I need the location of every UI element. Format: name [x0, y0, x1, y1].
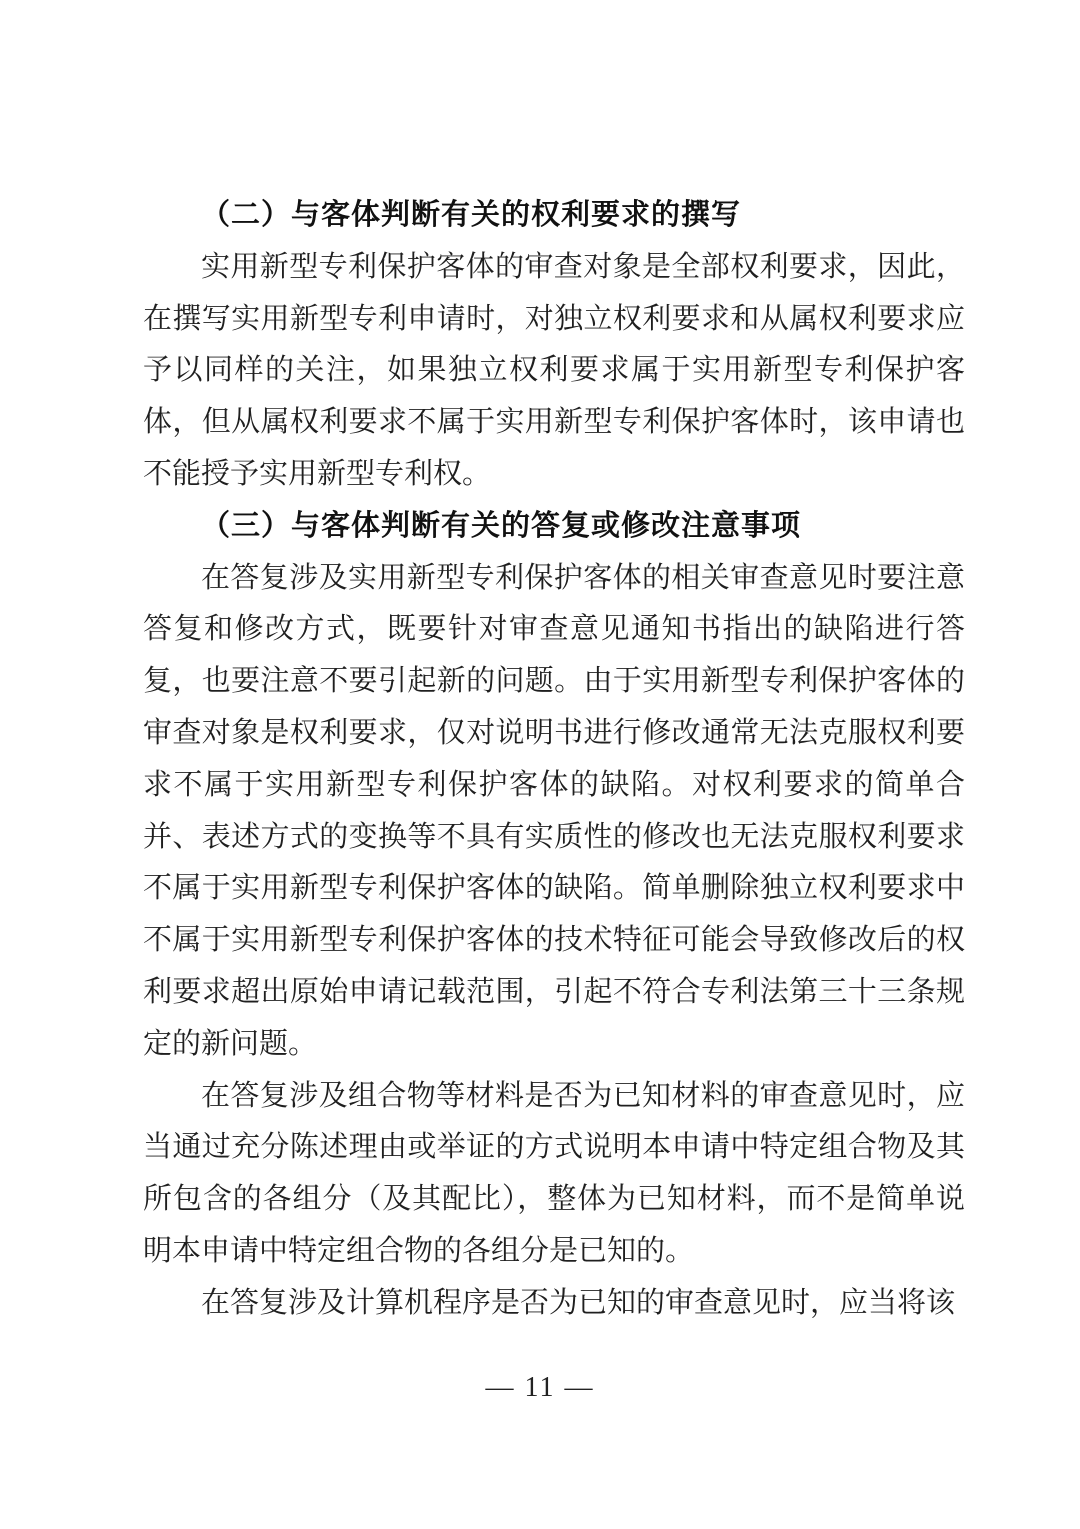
page-number: — 11 — [0, 1368, 1080, 1408]
section-heading-2: （二）与客体判断有关的权利要求的撰写 [143, 190, 965, 242]
document-body: （二）与客体判断有关的权利要求的撰写 实用新型专利保护客体的审查对象是全部权利要… [143, 190, 965, 1330]
paragraph-response-amendment: 在答复涉及实用新型专利保护客体的相关审查意见时要注意答复和修改方式，既要针对审查… [143, 553, 965, 1071]
paragraph-computer-program: 在答复涉及计算机程序是否为已知的审查意见时，应当将该 [143, 1278, 965, 1330]
section-heading-3: （三）与客体判断有关的答复或修改注意事项 [143, 501, 965, 553]
document-page: （二）与客体判断有关的权利要求的撰写 实用新型专利保护客体的审查对象是全部权利要… [0, 0, 1080, 1529]
paragraph-composition-materials: 在答复涉及组合物等材料是否为已知材料的审查意见时，应当通过充分陈述理由或举证的方… [143, 1071, 965, 1278]
paragraph-claim-drafting: 实用新型专利保护客体的审查对象是全部权利要求，因此，在撰写实用新型专利申请时，对… [143, 242, 965, 501]
